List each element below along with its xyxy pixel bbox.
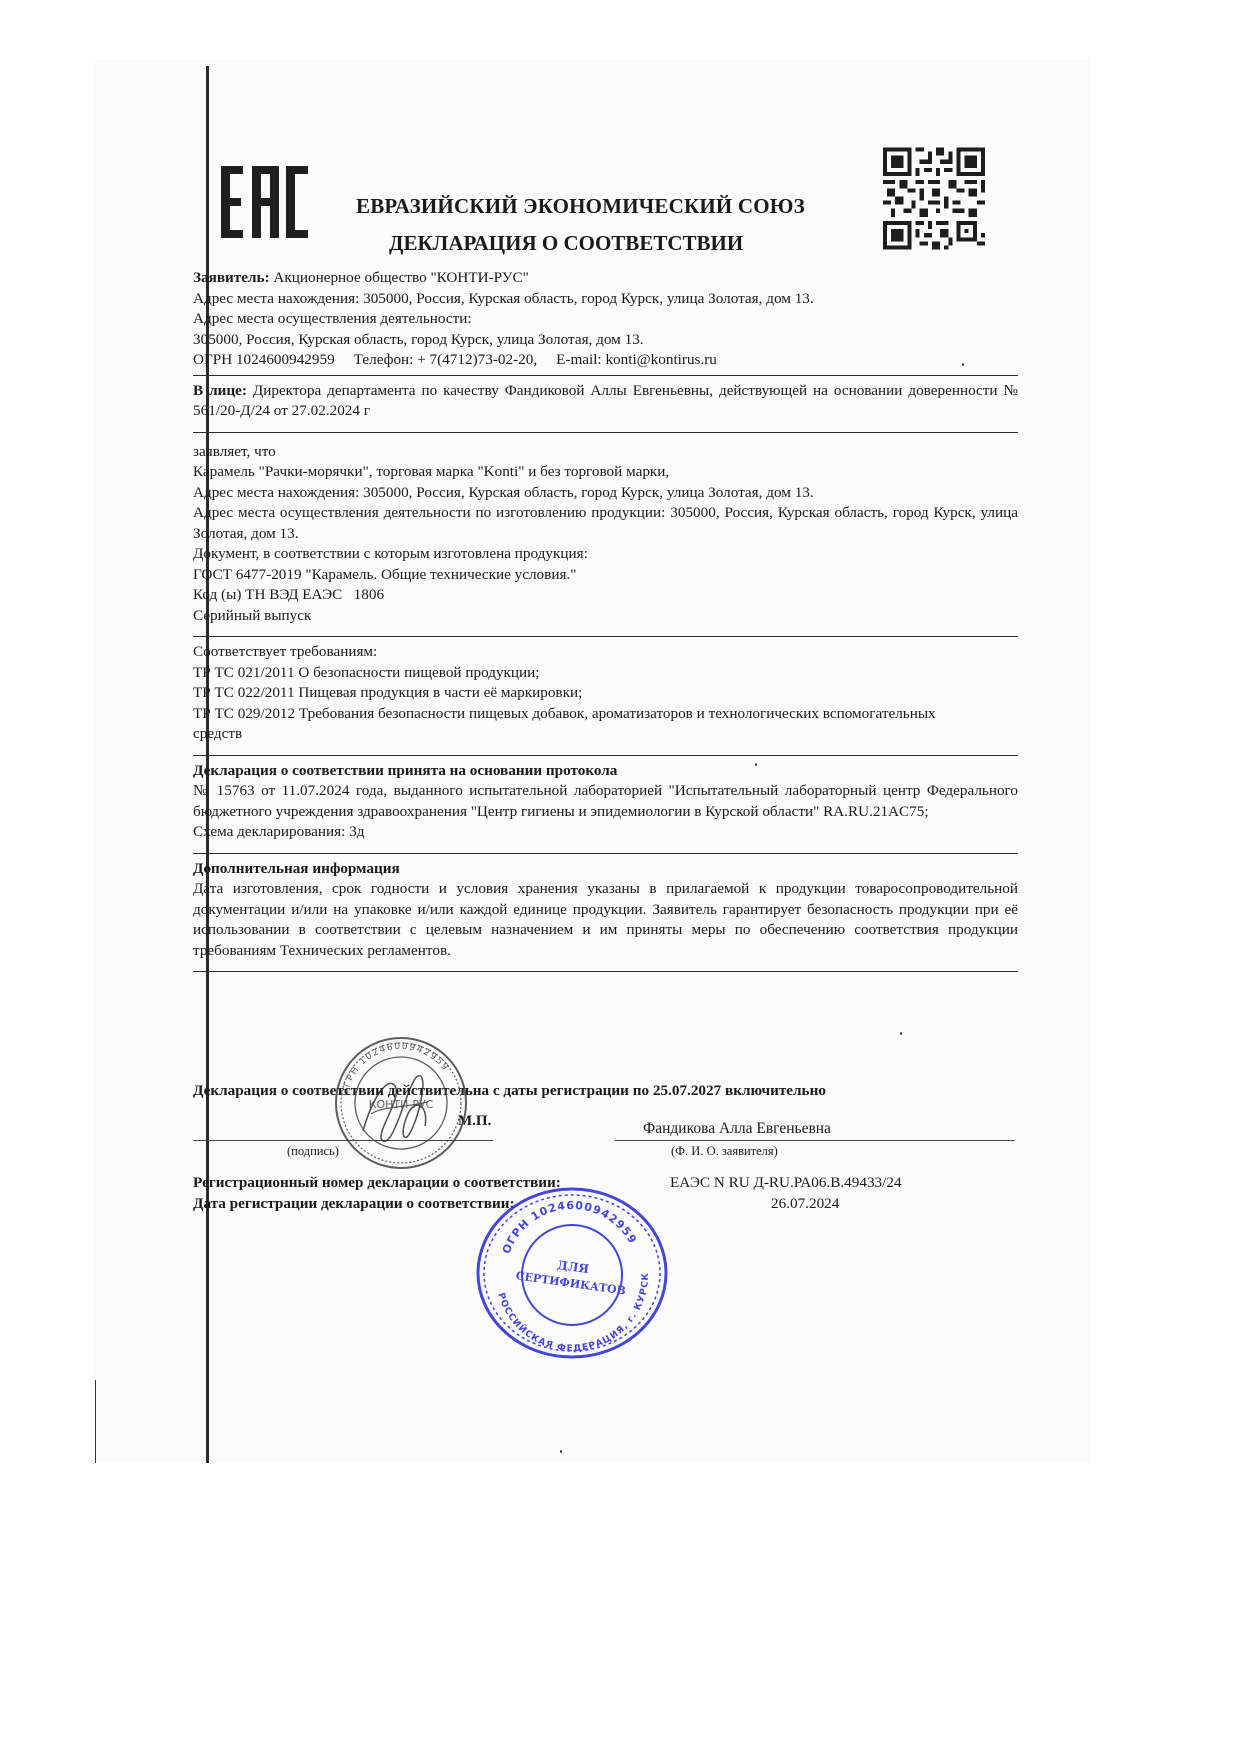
requirements-label: Соответствует требованиям:	[193, 642, 1018, 663]
release-type: Серийный выпуск	[193, 606, 1018, 627]
certificate-stamp: ОГРН 1024600942959 РОССИЙСКАЯ ФЕДЕРАЦИЯ,…	[470, 1183, 674, 1363]
product-name: Карамель "Рачки-морячки", торговая марка…	[193, 462, 1018, 483]
validity-statement: Декларация о соответствии действительна …	[193, 1082, 826, 1100]
scan-speck	[900, 1032, 902, 1035]
additional-info-section: Дополнительная информация Дата изготовле…	[193, 859, 1018, 962]
name-line	[615, 1140, 1015, 1141]
scan-speck	[560, 1450, 562, 1453]
phone: Телефон: + 7(4712)73-02-20,	[354, 351, 537, 368]
union-title: ЕВРАЗИЙСКИЙ ЭКОНОМИЧЕСКИЙ СОЮЗ	[356, 194, 846, 219]
applicant-label: Заявитель:	[193, 269, 270, 286]
name-caption: (Ф. И. О. заявителя)	[671, 1144, 778, 1159]
divider	[193, 971, 1018, 972]
declares-text: заявляет, что	[193, 442, 1018, 463]
signature-caption: (подпись)	[287, 1144, 339, 1159]
additional-info-text: Дата изготовления, срок годности и услов…	[193, 879, 1018, 961]
divider	[193, 432, 1018, 433]
representative-section: В лице: Директора департамента по качест…	[193, 381, 1018, 422]
product-location-address: Адрес места нахождения: 305000, Россия, …	[193, 483, 1018, 504]
requirement-item: ТР ТС 021/2011 О безопасности пищевой пр…	[193, 663, 1018, 684]
applicant-activity-address: 305000, Россия, Курская область, город К…	[193, 330, 1018, 351]
declaration-body: Заявитель: Акционерное общество "КОНТИ-Р…	[193, 268, 1018, 977]
representative-text: Директора департамента по качеству Фанди…	[193, 382, 1018, 420]
requirement-item: ТР ТС 022/2011 Пищевая продукция в части…	[193, 683, 1018, 704]
applicant-name: Акционерное общество "КОНТИ-РУС"	[273, 269, 528, 286]
applicant-location-address: Адрес места нахождения: 305000, Россия, …	[193, 289, 1018, 310]
divider	[193, 853, 1018, 854]
page-edge	[95, 1380, 96, 1463]
blue-stamp-center-1: ДЛЯ	[556, 1258, 590, 1276]
company-seal-stamp: ОГРН 1024600942959 КОНТИ-РУС	[333, 1036, 469, 1170]
registration-date-label: Дата регистрации декларации о соответств…	[193, 1195, 515, 1213]
divider	[193, 755, 1018, 756]
divider	[193, 375, 1018, 376]
qr-code-icon	[883, 145, 985, 252]
product-standard: ГОСТ 6477-2019 "Карамель. Общие техничес…	[193, 565, 1018, 586]
applicant-section: Заявитель: Акционерное общество "КОНТИ-Р…	[193, 268, 1018, 371]
basis-protocol: № 15763 от 11.07.2024 года, выданного ис…	[193, 781, 1018, 822]
scan-speck	[962, 363, 964, 366]
basis-section: Декларация о соответствии принята на осн…	[193, 761, 1018, 843]
email: E-mail: konti@kontirus.ru	[556, 351, 717, 368]
tnved-code: Код (ы) ТН ВЭД ЕАЭС 1806	[193, 585, 1018, 606]
scan-speck	[755, 763, 757, 766]
eac-logo-icon: EAC	[219, 164, 309, 240]
product-section: заявляет, что Карамель "Рачки-морячки", …	[193, 442, 1018, 627]
additional-info-label: Дополнительная информация	[193, 859, 1018, 880]
product-document-label: Документ, в соответствии с которым изгот…	[193, 544, 1018, 565]
ogrn: ОГРН 1024600942959	[193, 351, 335, 368]
basis-label: Декларация о соответствии принята на осн…	[193, 761, 1018, 782]
document-title: ДЕКЛАРАЦИЯ О СООТВЕТСТВИИ	[389, 231, 809, 256]
requirement-item: ТР ТС 029/2012 Требования безопасности п…	[193, 704, 1018, 745]
signer-name: Фандикова Алла Евгеньевна	[643, 1120, 831, 1138]
applicant-activity-address-label: Адрес места осуществления деятельности:	[193, 309, 1018, 330]
declaration-scheme: Схема декларирования: 3д	[193, 822, 1018, 843]
registration-number: ЕАЭС N RU Д-RU.РА06.В.49433/24	[670, 1174, 902, 1192]
divider	[193, 636, 1018, 637]
representative-label: В лице:	[193, 382, 247, 399]
registration-date: 26.07.2024	[771, 1195, 839, 1213]
product-production-address: Адрес места осуществления деятельности п…	[193, 503, 1018, 544]
requirements-section: Соответствует требованиям: ТР ТС 021/201…	[193, 642, 1018, 745]
